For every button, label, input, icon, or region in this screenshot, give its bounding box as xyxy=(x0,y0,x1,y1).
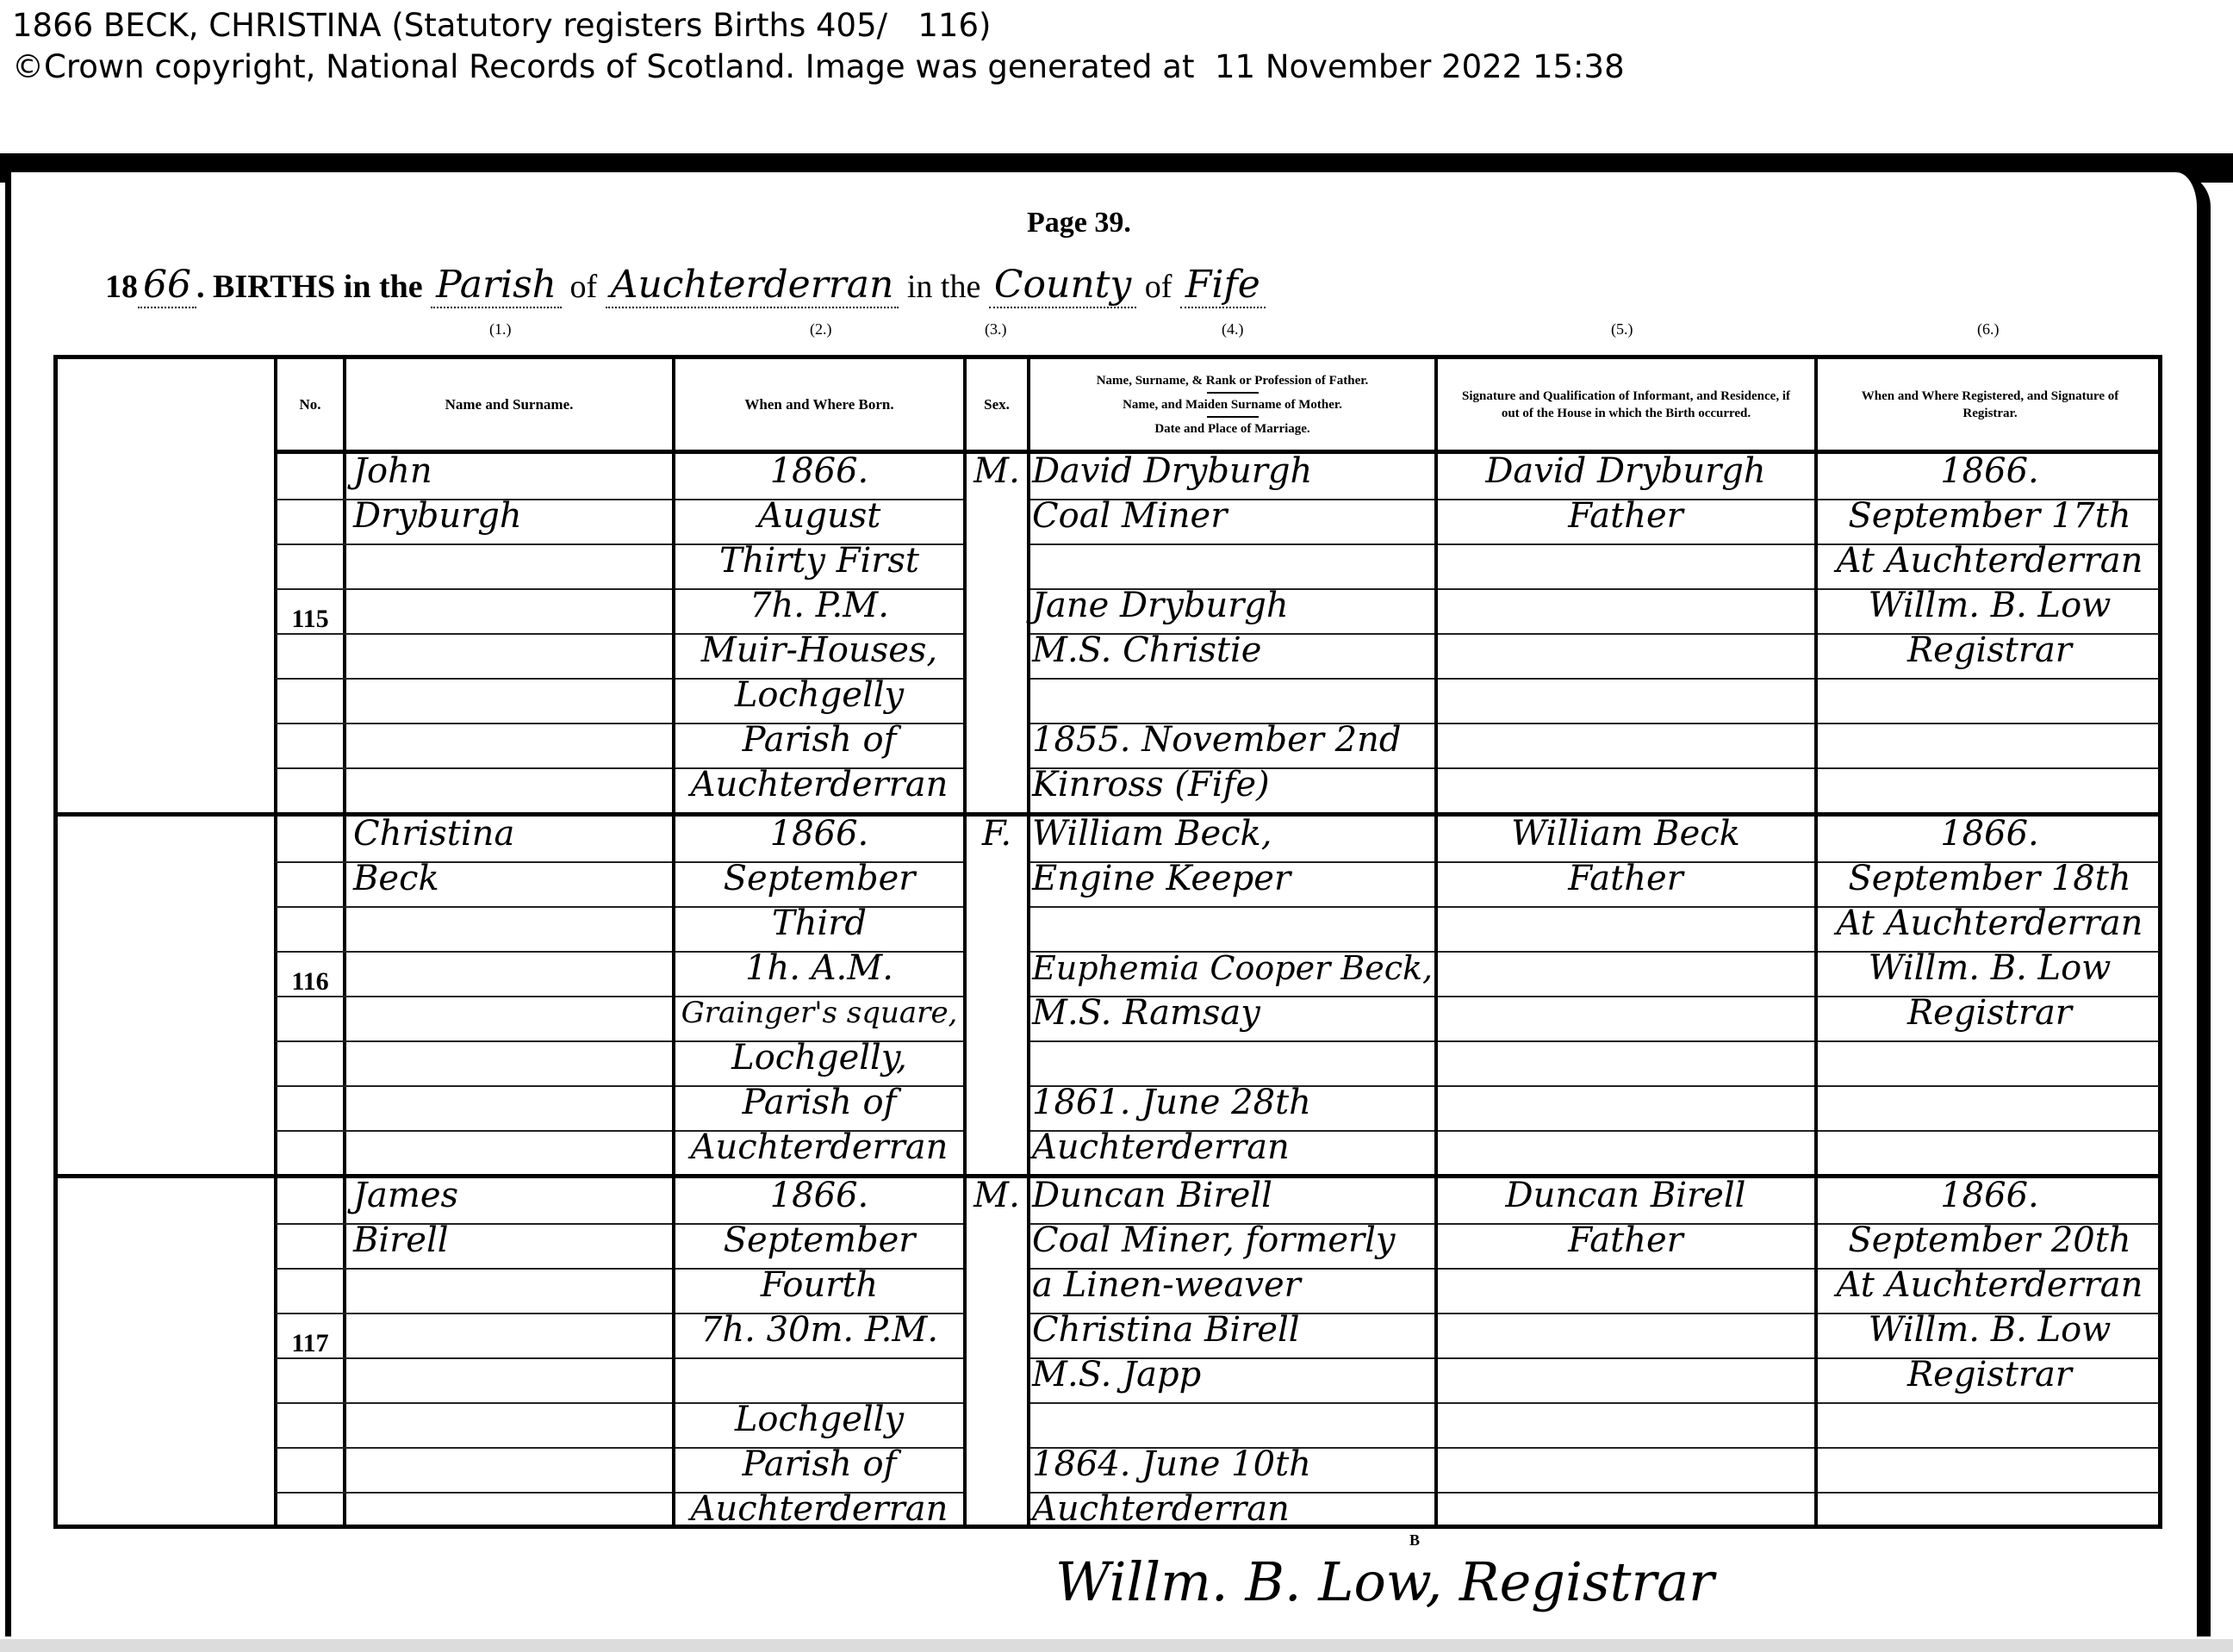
birth-detail-line: Grainger's square, xyxy=(677,991,961,1035)
marriage-header: Date and Place of Marriage. xyxy=(1154,420,1309,438)
ruled-line xyxy=(1438,1357,1814,1359)
father-detail-line: Duncan Birell xyxy=(1032,1173,1433,1218)
ruled-line xyxy=(1818,1040,2159,1042)
ruled-line xyxy=(1438,906,1814,908)
registration-detail-line: At Auchterderran xyxy=(1819,1263,2160,1307)
page-mark: B xyxy=(1409,1531,1420,1550)
birth-detail-line: Parish of xyxy=(677,1442,961,1487)
ruled-line xyxy=(1438,633,1814,635)
informant-detail-line: Duncan Birell xyxy=(1440,1173,1811,1218)
birth-detail-line: Fourth xyxy=(677,1263,961,1307)
ruled-line xyxy=(276,588,672,590)
ruled-line xyxy=(1818,767,2159,769)
marriage-detail-line: Auchterderran xyxy=(1032,1125,1433,1170)
ruled-line xyxy=(276,767,672,769)
entry-number: 116 xyxy=(276,967,345,997)
birth-detail-line: Lochgelly xyxy=(677,1397,961,1442)
birth-detail-line: 1866. xyxy=(677,811,961,856)
column-divider xyxy=(1434,355,1438,1529)
in-the-label: in the xyxy=(907,269,980,305)
birth-detail-line: 7h. P.M. xyxy=(677,583,961,628)
column-number-3: (3.) xyxy=(985,320,1007,338)
registration-detail-line: September 18th xyxy=(1819,856,2160,901)
marriage-detail-line: 1864. June 10th xyxy=(1032,1442,1433,1487)
ruled-line xyxy=(1030,543,1434,545)
column-header-informant: Signature and Qualification of Informant… xyxy=(1456,359,1796,450)
record-title: 1866 BECK, CHRISTINA (Statutory register… xyxy=(12,7,991,45)
registration-detail-line: Registrar xyxy=(1819,991,2160,1035)
ruled-line xyxy=(276,1447,672,1449)
ruled-line xyxy=(276,1130,672,1132)
ruled-line xyxy=(1030,1402,1434,1404)
sex-value: M. xyxy=(967,449,1027,494)
mother-detail-line: Jane Dryburgh xyxy=(1032,583,1433,628)
district-type: Parish xyxy=(431,263,562,308)
ruled-line xyxy=(1438,1040,1814,1042)
father-detail-line: a Linen-weaver xyxy=(1032,1263,1433,1307)
informant-detail-line: Father xyxy=(1440,856,1811,901)
ruled-line xyxy=(1438,1130,1814,1132)
ruled-line xyxy=(276,1402,672,1404)
birth-detail-line: Muir-Houses, xyxy=(677,628,961,673)
column-number-5: (5.) xyxy=(1611,320,1633,338)
viewer-bottom-bar xyxy=(0,1639,2233,1652)
birth-detail-line: 1866. xyxy=(677,1173,961,1218)
ruled-line xyxy=(276,1040,672,1042)
of-label-2: of xyxy=(1145,269,1172,305)
birth-detail-line: September xyxy=(677,1218,961,1263)
ruled-line xyxy=(1438,1313,1814,1314)
column-header-name: Name and Surname. xyxy=(346,359,672,450)
sex-value: M. xyxy=(967,1173,1027,1218)
birth-detail-line: Auchterderran xyxy=(677,1125,961,1170)
ruled-line xyxy=(1438,951,1814,953)
ruled-line xyxy=(276,951,672,953)
ruled-line xyxy=(1030,906,1434,908)
birth-detail-line: August xyxy=(677,494,961,538)
birth-detail-line: Auchterderran xyxy=(677,762,961,807)
ruled-line xyxy=(1030,678,1434,680)
ruled-line xyxy=(1818,1085,2159,1087)
ruled-line xyxy=(1438,1447,1814,1449)
ruled-line xyxy=(1438,588,1814,590)
ruled-line xyxy=(276,678,672,680)
registration-detail-line: Registrar xyxy=(1819,1352,2160,1397)
mother-header: Name, and Maiden Surname of Mother. xyxy=(1123,396,1342,413)
column-header-born: When and Where Born. xyxy=(675,359,963,450)
registration-detail-line: At Auchterderran xyxy=(1819,901,2160,946)
registrar-footer-signature: Willm. B. Low, Registrar xyxy=(1055,1550,1714,1613)
child-name-line: Dryburgh xyxy=(353,494,672,538)
column-header-parents: Name, Surname, & Rank or Profession of F… xyxy=(1030,359,1434,450)
registration-detail-line: 1866. xyxy=(1819,449,2160,494)
column-divider xyxy=(1027,355,1030,1529)
ruled-line xyxy=(276,543,672,545)
column-divider xyxy=(672,355,675,1529)
child-name-line: Christina xyxy=(353,811,672,856)
ruled-line xyxy=(1438,996,1814,997)
ruled-line xyxy=(1438,723,1814,724)
birth-detail-line: 7h. 30m. P.M. xyxy=(677,1307,961,1352)
ruled-line xyxy=(1818,1447,2159,1449)
father-detail-line: David Dryburgh xyxy=(1032,449,1433,494)
year-prefix: 18 xyxy=(105,269,138,305)
registration-detail-line: September 20th xyxy=(1819,1218,2160,1263)
page-number: Page 39. xyxy=(1027,207,1131,239)
informant-detail-line: David Dryburgh xyxy=(1440,449,1811,494)
ruled-line xyxy=(1438,767,1814,769)
year-suffix: 66 xyxy=(138,263,196,308)
informant-detail-line: Father xyxy=(1440,494,1811,538)
child-name-line: Birell xyxy=(353,1218,672,1263)
birth-detail-line: 1h. A.M. xyxy=(677,946,961,991)
ruled-line xyxy=(1438,1085,1814,1087)
column-number-1: (1.) xyxy=(489,320,512,338)
ruled-line xyxy=(1818,1402,2159,1404)
registration-detail-line: Willm. B. Low xyxy=(1819,583,2160,628)
copyright-notice: ©Crown copyright, National Records of Sc… xyxy=(12,48,1625,86)
register-title: 1866. BIRTHS in the Parish of Auchterder… xyxy=(105,263,1266,307)
child-name-line: John xyxy=(353,449,672,494)
of-label: of xyxy=(570,269,598,305)
birth-detail-line: Auchterderran xyxy=(677,1487,961,1531)
mother-detail-line: M.S. Ramsay xyxy=(1032,991,1433,1035)
ruled-line xyxy=(276,1492,672,1494)
ruled-line xyxy=(276,723,672,724)
ruled-line xyxy=(1438,543,1814,545)
registration-detail-line: 1866. xyxy=(1819,1173,2160,1218)
registration-detail-line: At Auchterderran xyxy=(1819,538,2160,583)
entry-number: 115 xyxy=(276,605,345,634)
column-divider xyxy=(1814,355,1818,1529)
column-number-2: (2.) xyxy=(810,320,832,338)
birth-detail-line: Third xyxy=(677,901,961,946)
birth-detail-line: Lochgelly xyxy=(677,673,961,717)
mother-detail-line: M.S. Japp xyxy=(1032,1352,1433,1397)
father-detail-line: Coal Miner, formerly xyxy=(1032,1218,1433,1263)
father-header: Name, Surname, & Rank or Profession of F… xyxy=(1097,372,1369,389)
ruled-line xyxy=(276,906,672,908)
entry-number: 117 xyxy=(276,1329,345,1358)
ruled-line xyxy=(1030,1040,1434,1042)
ruled-line xyxy=(1818,1130,2159,1132)
child-name-line: Beck xyxy=(353,856,672,901)
births-label: BIRTHS in the xyxy=(213,269,423,305)
district-name: Auchterderran xyxy=(606,263,899,308)
ruled-line xyxy=(1438,1492,1814,1494)
column-header-sex: Sex. xyxy=(967,359,1027,450)
informant-detail-line: William Beck xyxy=(1440,811,1811,856)
ruled-line xyxy=(1438,678,1814,680)
birth-detail-line: September xyxy=(677,856,961,901)
county-name: Fife xyxy=(1180,263,1266,308)
birth-detail-line: Lochgelly, xyxy=(677,1035,961,1080)
column-header-registered: When and Where Registered, and Signature… xyxy=(1835,359,2145,450)
birth-detail-line: Parish of xyxy=(677,1080,961,1125)
marriage-detail-line: 1861. June 28th xyxy=(1032,1080,1433,1125)
county-type: County xyxy=(989,263,1136,308)
column-divider xyxy=(963,355,967,1529)
column-header-no: No. xyxy=(277,359,343,450)
birth-detail-line: Thirty First xyxy=(677,538,961,583)
registration-detail-line: Willm. B. Low xyxy=(1819,1307,2160,1352)
ruled-line xyxy=(1818,1492,2159,1494)
sex-value: F. xyxy=(967,811,1027,856)
mother-detail-line: Euphemia Cooper Beck, xyxy=(1032,946,1433,991)
marriage-detail-line: Auchterderran xyxy=(1032,1487,1433,1531)
ruled-line xyxy=(1438,1402,1814,1404)
registration-detail-line: Registrar xyxy=(1819,628,2160,673)
registration-detail-line: Willm. B. Low xyxy=(1819,946,2160,991)
ruled-line xyxy=(1438,1268,1814,1270)
marriage-detail-line: Kinross (Fife) xyxy=(1032,762,1433,807)
father-detail-line: Engine Keeper xyxy=(1032,856,1433,901)
mother-detail-line: M.S. Christie xyxy=(1032,628,1433,673)
birth-detail-line: 1866. xyxy=(677,449,961,494)
ruled-line xyxy=(276,1313,672,1314)
column-number-4: (4.) xyxy=(1222,320,1244,338)
father-detail-line: William Beck, xyxy=(1032,811,1433,856)
registration-detail-line: September 17th xyxy=(1819,494,2160,538)
birth-detail-line: Parish of xyxy=(677,717,961,762)
registration-detail-line: 1866. xyxy=(1819,811,2160,856)
marriage-detail-line: 1855. November 2nd xyxy=(1032,717,1433,762)
ruled-line xyxy=(1818,723,2159,724)
ruled-line xyxy=(276,1085,672,1087)
father-detail-line: Coal Miner xyxy=(1032,494,1433,538)
ruled-line xyxy=(1818,678,2159,680)
column-number-6: (6.) xyxy=(1977,320,2000,338)
ruled-line xyxy=(276,1268,672,1270)
ruled-line xyxy=(675,1357,963,1359)
child-name-line: James xyxy=(353,1173,672,1218)
informant-detail-line: Father xyxy=(1440,1218,1811,1263)
mother-detail-line: Christina Birell xyxy=(1032,1307,1433,1352)
